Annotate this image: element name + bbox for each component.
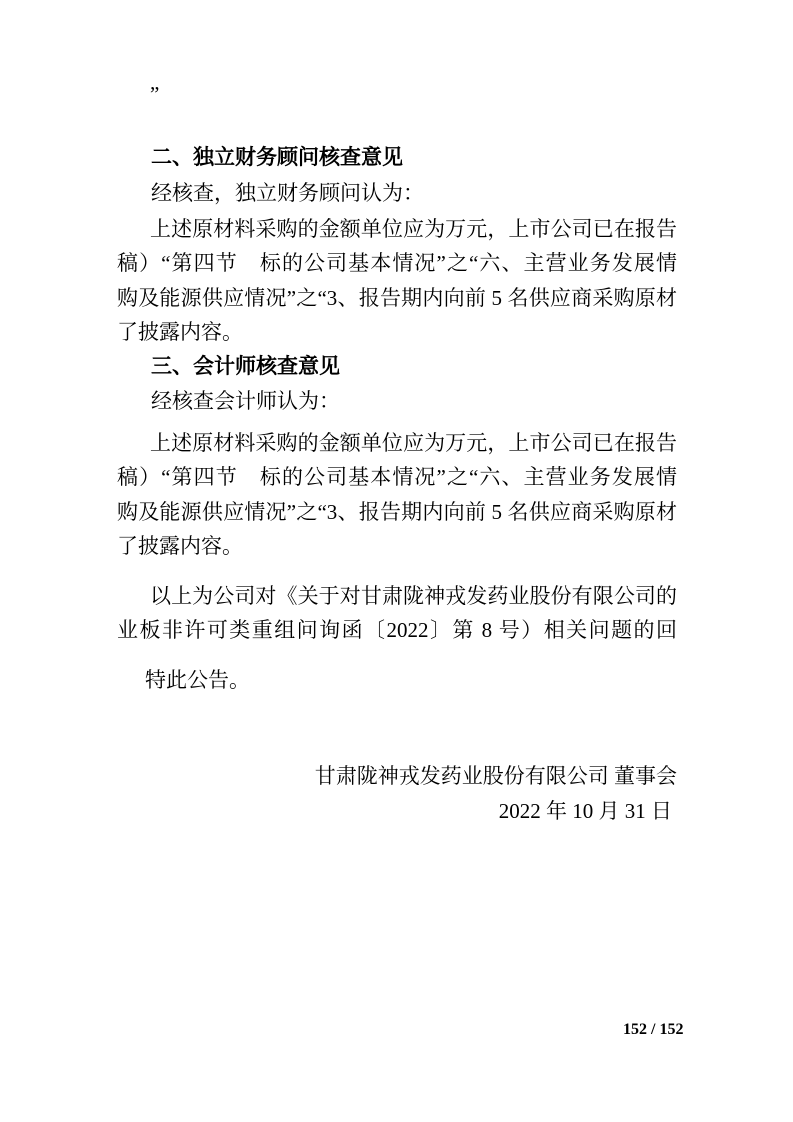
signature-date: 2022 年 10 月 31 日 <box>117 799 677 823</box>
paragraph-line: 了披露内容。 <box>117 529 677 563</box>
closing-paragraph: 以上为公司对《关于对甘肃陇神戎发药业股份有限公司的重组问询函》（创 业板非许可类… <box>117 579 677 648</box>
section-heading-accountant: 三、会计师核查意见 <box>151 354 340 378</box>
paragraph-line: 上述原材料采购的金额单位应为万元，上市公司已在报告书（草案）（修订 <box>117 426 677 460</box>
signature-company: 甘肃陇神戎发药业股份有限公司 董事会 <box>117 764 677 788</box>
section-intro-financial-advisor: 经核查，独立财务顾问认为： <box>151 181 424 205</box>
paragraph-line: 购及能源供应情况”之“3、报告期内向前 5 名供应商采购原材料情况如下”中修订 <box>117 495 677 529</box>
paragraph-line: 以上为公司对《关于对甘肃陇神戎发药业股份有限公司的重组问询函》（创 <box>117 579 677 613</box>
paragraph-line: 购及能源供应情况”之“3、报告期内向前 5 名供应商采购原材料情况如下”中修订 <box>117 281 677 315</box>
closing-quote-mark: ” <box>150 84 159 105</box>
page-number: 152 / 152 <box>623 1022 683 1038</box>
document-page: ” 二、独立财务顾问核查意见 经核查，独立财务顾问认为： 上述原材料采购的金额单… <box>0 0 793 1122</box>
paragraph-line: 稿）“第四节 标的公司基本情况”之“六、主营业务发展情况”之“（五）材料采 <box>117 246 677 280</box>
paragraph-line: 上述原材料采购的金额单位应为万元，上市公司已在报告书（草案）（修订 <box>117 212 677 246</box>
paragraph-line: 业板非许可类重组问询函〔2022〕第 8 号）相关问题的回复。 <box>117 613 677 647</box>
section-heading-financial-advisor: 二、独立财务顾问核查意见 <box>151 145 403 169</box>
paragraph-line: 了披露内容。 <box>117 315 677 349</box>
paragraph-line: 稿）“第四节 标的公司基本情况”之“六、主营业务发展情况”之“（五）材料采 <box>117 460 677 494</box>
section-intro-accountant: 经核查会计师认为： <box>151 389 340 413</box>
paragraph-accountant: 上述原材料采购的金额单位应为万元，上市公司已在报告书（草案）（修订 稿）“第四节… <box>117 426 677 564</box>
announcement-notice: 特此公告。 <box>145 668 250 692</box>
paragraph-financial-advisor: 上述原材料采购的金额单位应为万元，上市公司已在报告书（草案）（修订 稿）“第四节… <box>117 212 677 350</box>
